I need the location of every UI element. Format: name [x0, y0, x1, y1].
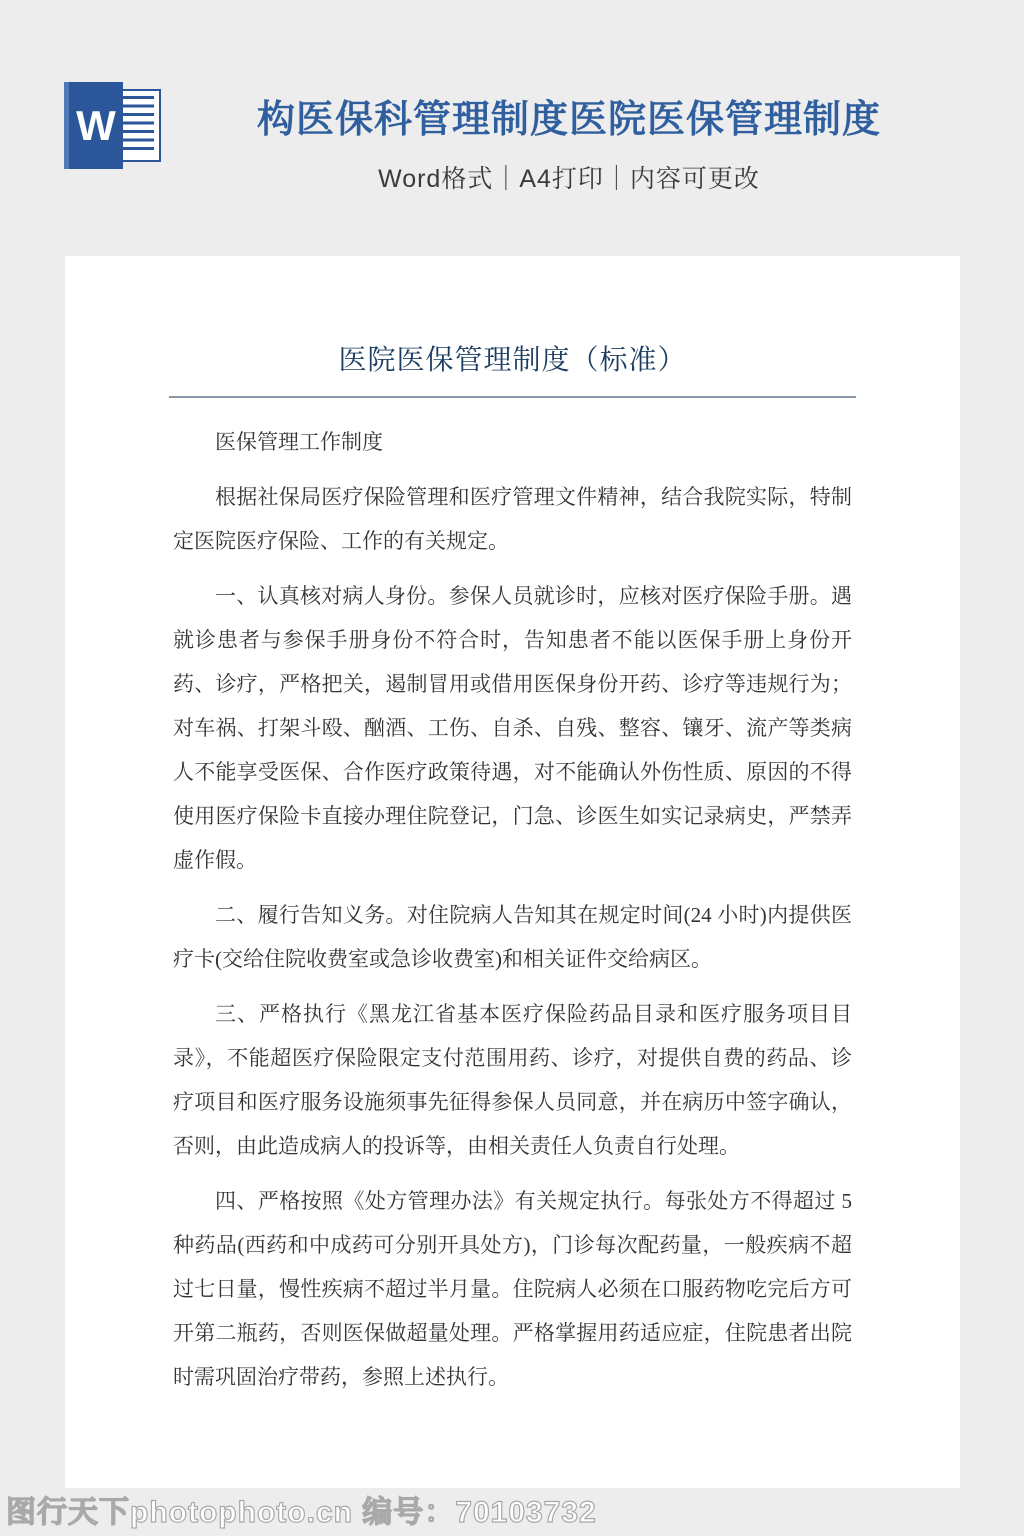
word-icon-text-lines: [121, 96, 154, 155]
watermark-text: 图行天下photophoto.cn 编号：70103732: [6, 1487, 597, 1531]
word-icon-slab: W: [64, 82, 123, 169]
paragraph: 一、认真核对病人身份。参保人员就诊时，应核对医疗保险手册。遇就诊患者与参保手册身…: [173, 574, 852, 882]
paragraph: 四、严格按照《处方管理办法》有关规定执行。每张处方不得超过 5 种药品(西药和中…: [173, 1179, 852, 1399]
header-text: 构医保科管理制度医院医保管理制度 Word格式｜A4打印｜内容可更改: [160, 88, 1024, 195]
document-body: 医保管理工作制度根据社保局医疗保险管理和医疗管理文件精神，结合我院实际，特制定医…: [173, 420, 852, 1399]
paragraph: 二、履行告知义务。对住院病人告知其在规定时间(24 小时)内提供医疗卡(交给住院…: [173, 893, 852, 981]
header: W 构医保科管理制度医院医保管理制度 Word格式｜A4打印｜内容可更改: [0, 0, 1024, 256]
watermark-bar: 图行天下photophoto.cn 编号：70103732: [0, 1488, 1024, 1536]
page-subtitle: Word格式｜A4打印｜内容可更改: [160, 159, 978, 195]
page-title: 构医保科管理制度医院医保管理制度: [160, 88, 978, 143]
paragraph: 根据社保局医疗保险管理和医疗管理文件精神，结合我院实际，特制定医院医疗保险、工作…: [173, 475, 852, 563]
title-divider: [169, 396, 856, 398]
document-card: 医院医保管理制度（标准） 医保管理工作制度根据社保局医疗保险管理和医疗管理文件精…: [65, 256, 960, 1488]
word-icon-letter: W: [76, 105, 116, 147]
page: W 构医保科管理制度医院医保管理制度 Word格式｜A4打印｜内容可更改 医院医…: [0, 0, 1024, 1536]
word-icon: W: [64, 82, 161, 169]
paragraph: 三、严格执行《黑龙江省基本医疗保险药品目录和医疗服务项目目录》，不能超医疗保险限…: [173, 992, 852, 1168]
paragraph: 医保管理工作制度: [173, 420, 852, 464]
document-title: 医院医保管理制度（标准）: [173, 338, 852, 378]
